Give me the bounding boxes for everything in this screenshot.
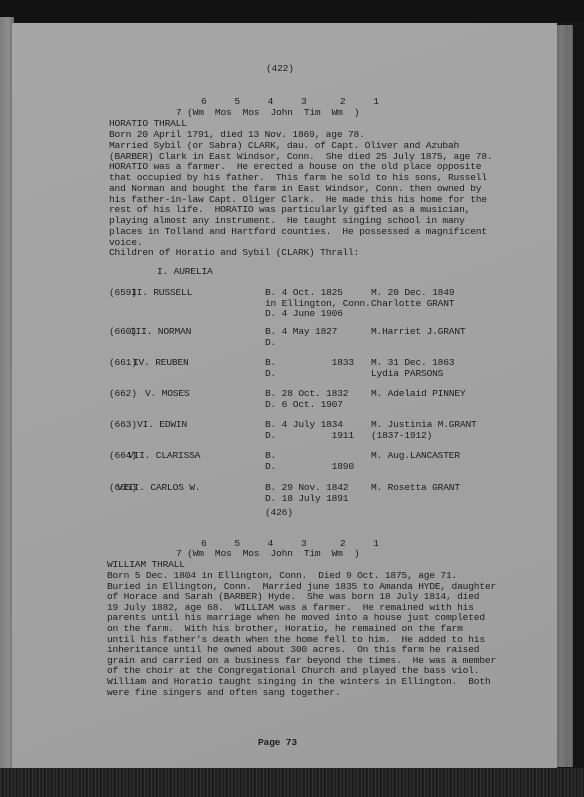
child-marriage: Charlotte GRANT [371,298,454,310]
generation-names: 7 (Wm Mos Mos John Tim Wm ) [176,107,359,119]
child-name: VII. CLARISSA [128,450,200,462]
child-name: II. RUSSELL [131,287,192,299]
child-birth-death: D. 6 Oct. 1907 [265,399,343,411]
child-birth-death: D. 1911 [265,430,354,442]
child-marriage: M. Aug.LANCASTER [371,450,460,462]
child-name: VI. EDWIN [137,419,187,431]
child-birth-death: D. [265,368,276,380]
child-marriage: M.Harriet J.GRANT [371,326,465,338]
generation-numbers: 6 5 4 3 2 1 [201,96,379,108]
generation-names-2: 7 (Wm Mos Mos John Tim Wm ) [176,548,359,560]
child-name: VIII. CARLOS W. [117,482,200,494]
child-name: V. MOSES [145,388,189,400]
person-name-horatio: HORATIO THRALL [109,118,187,130]
child-name: IV. REUBEN [133,357,189,369]
scan-background-bottom [0,768,584,797]
scan-background-top [0,0,584,22]
children-heading: Children of Horatio and Sybil (CLARK) Th… [109,247,359,259]
book-right-edge [557,25,573,767]
page-footer: Page 73 [258,737,297,749]
child-name: I. AURELIA [157,266,213,278]
paragraph-line: were fine singers and often sang togethe… [107,687,340,699]
child-marriage: M. Rosetta GRANT [371,482,460,494]
child-marriage: Lydia PARSONS [371,368,443,380]
page-reference-top: (422) [266,63,294,75]
child-reference-number: (662) [109,388,137,400]
page-reference-mid: (426) [265,507,293,519]
scan-background-right [573,22,584,797]
person-name-william: WILLIAM THRALL [107,559,185,571]
child-birth-death: D. [265,337,276,349]
paragraph-line: places in Tolland and Hartford counties.… [109,226,487,238]
child-birth-death: D. 18 July 1891 [265,493,348,505]
child-marriage: (1837-1912) [371,430,432,442]
child-birth-death: D. 1890 [265,461,354,473]
child-marriage: M. Adelaid PINNEY [371,388,465,400]
child-birth-death: B. 1833 [265,357,354,369]
child-birth-death: D. 4 June 1906 [265,308,343,320]
child-reference-number: (663) [109,419,137,431]
child-name: III. NORMAN [130,326,191,338]
